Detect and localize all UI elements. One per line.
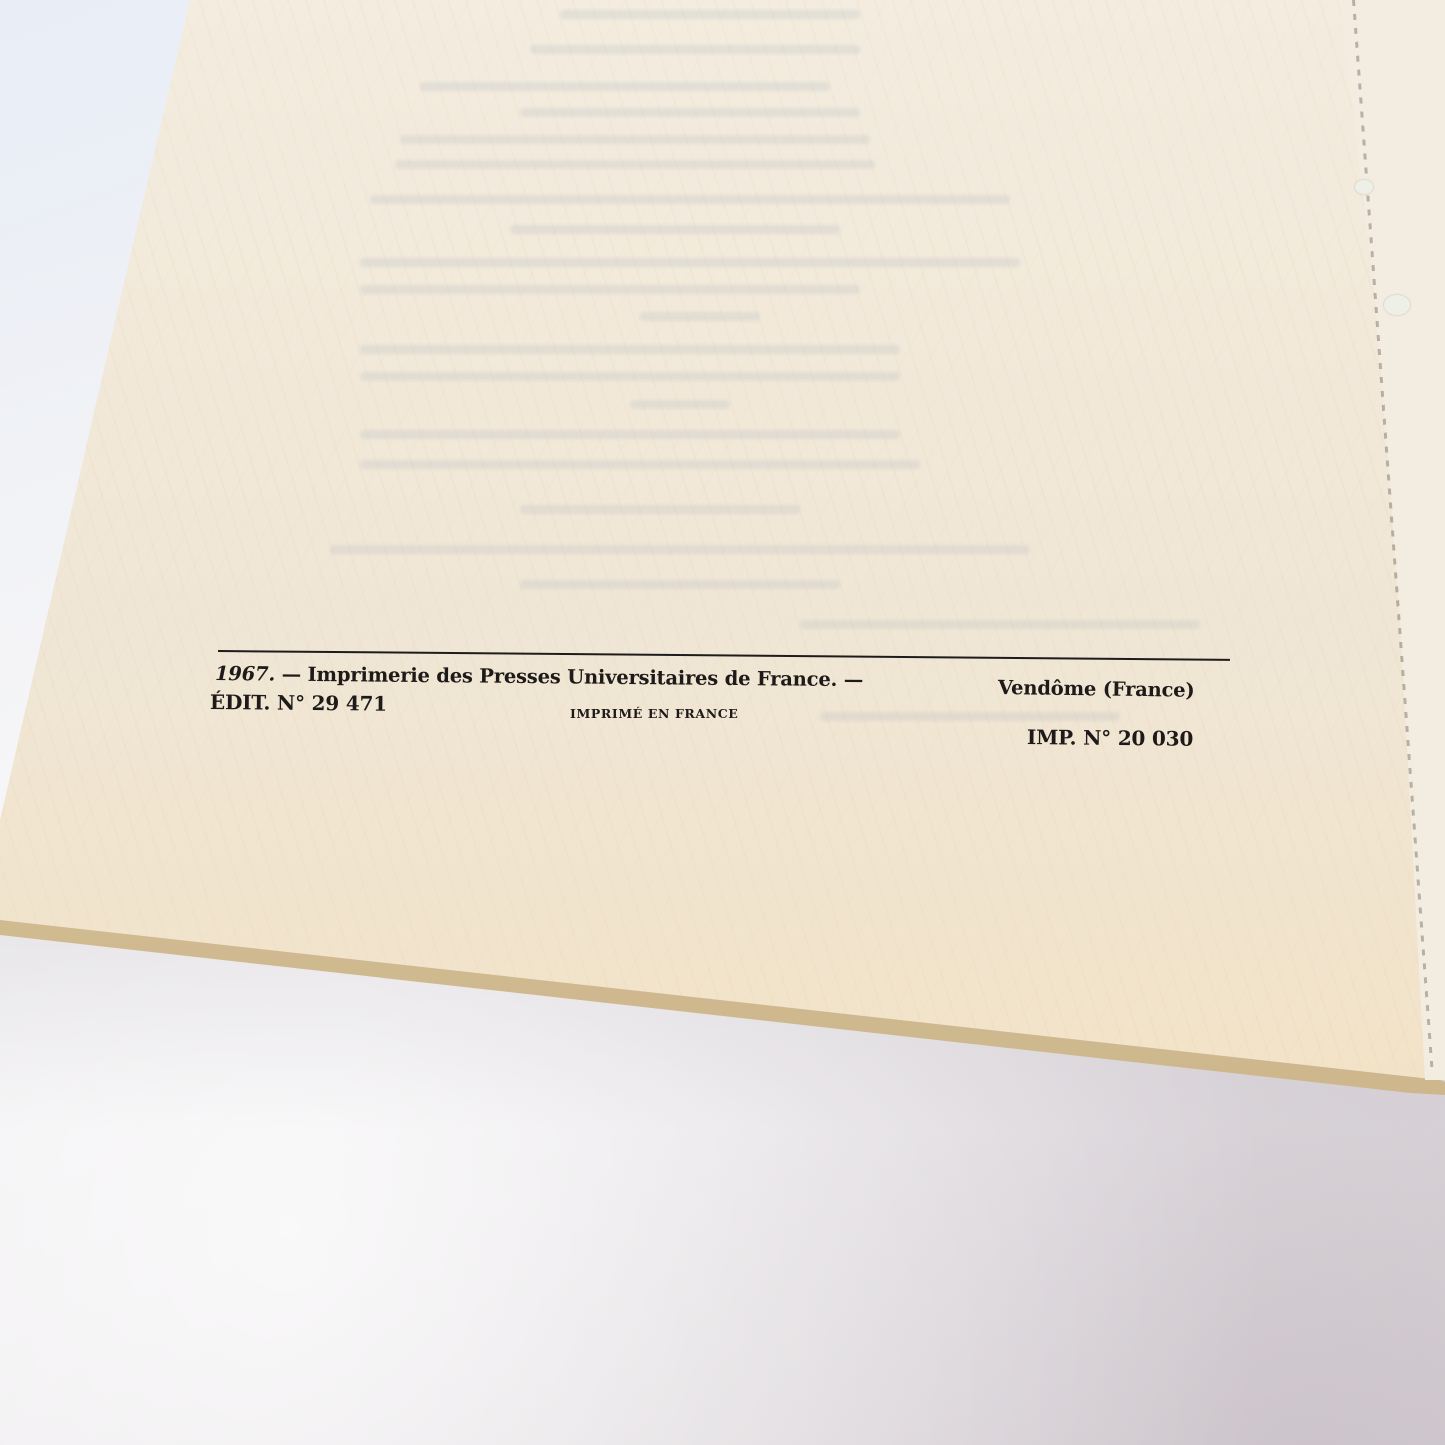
edition-number: ÉDIT. N° 29 471 — [210, 690, 387, 716]
tape-residue — [1384, 295, 1410, 315]
print-location: Vendôme (France) — [998, 676, 1195, 702]
dash: — — [844, 668, 864, 691]
dash: — — [282, 663, 302, 686]
print-year: 1967. — [215, 662, 275, 686]
print-number: IMP. N° 20 030 — [1027, 725, 1193, 751]
tape-residue — [1355, 180, 1373, 194]
printed-in-france: IMPRIMÉ EN FRANCE — [570, 706, 738, 721]
